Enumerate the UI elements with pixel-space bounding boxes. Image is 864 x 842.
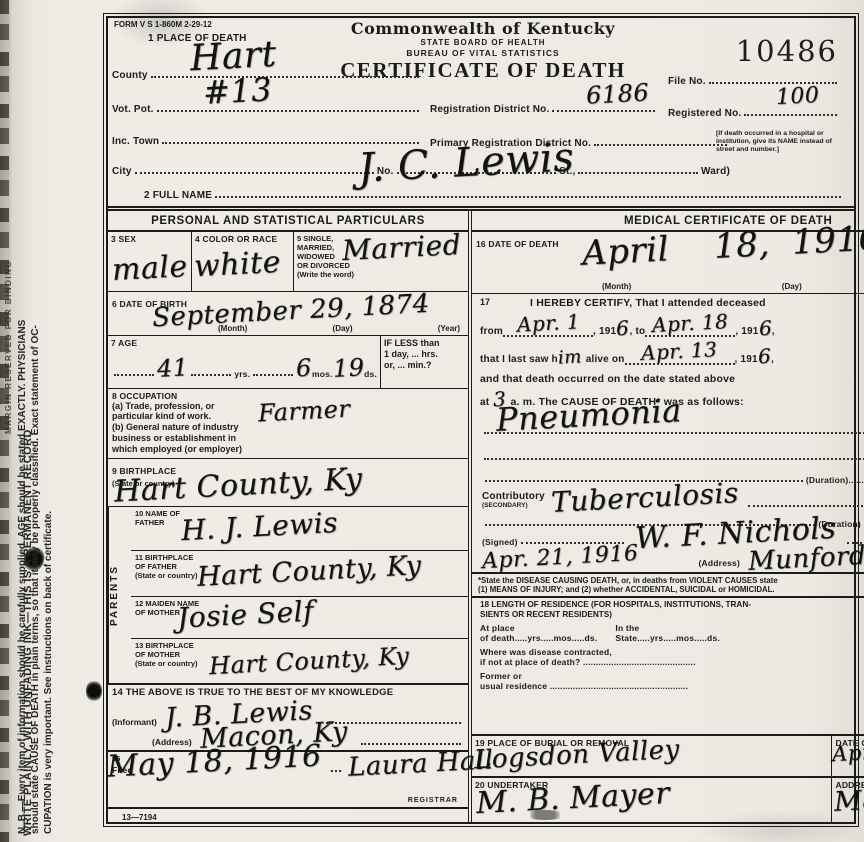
last-seen-date-handwriting: Apr. 13 xyxy=(641,341,718,362)
occupation-b-label: (b) General nature of industry business … xyxy=(112,422,464,454)
personal-section-title: PERSONAL AND STATISTICAL PARTICULARS xyxy=(108,211,468,232)
date-of-death-value-handwriting: April 18, 1916 xyxy=(581,224,864,268)
if-less-cell: IF LESS than 1 day, ... hrs. or, ... min… xyxy=(380,336,468,387)
filed-row: 15 Filed May 18, 1916 Laura Hall REGISTR… xyxy=(108,752,468,809)
signed-label: (Signed) xyxy=(482,537,518,547)
undertaker-address-cell: ADDRESS Macon, Ky xyxy=(832,778,864,822)
duration-units: ........yrs..........mos. xyxy=(848,475,864,485)
footnote-line1: *State the DISEASE CAUSING DEATH, or, in… xyxy=(478,576,864,585)
sex-cell: 3 SEX male xyxy=(108,232,192,291)
cause-of-death-handwriting: Pneumonia xyxy=(495,397,682,434)
to-year-handwriting: 6 xyxy=(758,320,772,338)
mos-label: mos. xyxy=(312,369,333,379)
margin-nb-line1: N. B.—Every item of information should b… xyxy=(16,320,29,834)
father-name-value-handwriting: H. J. Lewis xyxy=(180,511,338,543)
where-contracted-label: Where was disease contracted, if not at … xyxy=(480,647,864,667)
day-sublabel: (Day) xyxy=(333,324,353,333)
footnote-line2: (1) MEANS OF INJURY; and (2) whether ACC… xyxy=(478,585,864,594)
undertaker-cell: 20 UNDERTAKER M. B. Mayer xyxy=(472,778,832,822)
age-days-handwriting: 19 xyxy=(332,357,365,379)
commonwealth-title: Commonwealth of Kentucky xyxy=(318,19,648,38)
race-value-handwriting: white xyxy=(193,250,281,280)
footnote-block: *State the DISEASE CAUSING DEATH, or, in… xyxy=(472,572,864,599)
certify-number: 17 xyxy=(480,297,490,309)
form-number: FORM V S 1-860M 2-29-12 xyxy=(114,20,212,30)
certify-last-seen-line: that I last saw h im alive on Apr. 13 , … xyxy=(480,345,864,365)
sex-value-handwriting: male xyxy=(111,254,188,283)
dotted-line xyxy=(578,170,698,174)
year-prefix: , 191 xyxy=(735,354,758,365)
full-name-label: 2 FULL NAME xyxy=(144,190,212,201)
former-residence-label: Former or usual residence ..............… xyxy=(480,671,864,691)
father-birthplace-value-handwriting: Hart County, Ky xyxy=(197,555,422,590)
month-day-year-sublabels: (Month) (Day) (Year) xyxy=(218,324,460,333)
secondary-label: (SECONDARY) xyxy=(482,502,545,510)
registered-no-label: Registered No. xyxy=(668,108,741,119)
certify-heading: I HEREBY CERTIFY, That I attended deceas… xyxy=(530,297,766,309)
certificate-serial-number: 10486 xyxy=(736,34,838,68)
last-seen-year-handwriting: 6 xyxy=(757,348,771,366)
certify-from-line: from Apr. 1 , 191 6 , to Apr. 18 , 191 6… xyxy=(480,317,864,337)
ds-label: ds. xyxy=(364,369,377,379)
burial-place-cell: 19 PLACE OF BURIAL OR REMOVAL Logsdon Va… xyxy=(472,736,832,776)
mother-name-value-handwriting: Josie Self xyxy=(176,599,314,630)
registration-district-value-handwriting: 6186 xyxy=(586,82,650,106)
margin-note-nb: N. B.—Every item of information should b… xyxy=(16,320,55,834)
dotted-line xyxy=(748,503,864,507)
state-board-label: STATE BOARD OF HEALTH xyxy=(318,38,648,48)
scanned-death-certificate: MARGIN RESERVED FOR BINDING WRITE PLAINL… xyxy=(0,0,864,842)
to-label: , to xyxy=(630,326,646,337)
ward-label: Ward) xyxy=(701,166,730,177)
father-name-row: 10 NAME OF FATHER H. J. Lewis xyxy=(131,507,468,551)
dotted-line xyxy=(484,456,864,460)
registered-no-row: Registered No. xyxy=(668,108,840,119)
burial-date-cell: DATE OF BURIAL April 19, 1916 xyxy=(832,736,864,776)
birthplace-value-handwriting: Hart County, Ky xyxy=(114,466,364,504)
margin-nb-line3: CUPATION is very important. See instruct… xyxy=(42,320,55,834)
margin-nb-line2: should state CAUSE OF DEATH in plain ter… xyxy=(29,320,42,834)
race-cell: 4 COLOR OR RACE white xyxy=(192,232,294,291)
birthplace-row: 9 BIRTHPLACE (State or country) Hart Cou… xyxy=(108,459,468,507)
undertaker-address-handwriting: Macon, Ky xyxy=(834,784,864,815)
from-year-handwriting: 6 xyxy=(616,320,630,338)
marital-value-handwriting: Married xyxy=(341,233,461,263)
marital-cell: 5 SINGLE, MARRIED, WIDOWED OR DIVORCED (… xyxy=(294,232,468,291)
dotted-line xyxy=(361,741,461,745)
city-label: City xyxy=(112,166,132,177)
residence-block: 18 LENGTH OF RESIDENCE (FOR HOSPITALS, I… xyxy=(472,598,864,736)
year-prefix: , 191 xyxy=(593,326,616,337)
full-name-value-handwriting: J. C. Lewis xyxy=(357,140,575,185)
duration-label: (Duration) xyxy=(806,475,849,485)
age-label: 7 AGE xyxy=(111,338,377,348)
dotted-line xyxy=(135,170,374,174)
attended-to-handwriting: Apr. 18 xyxy=(652,313,729,334)
year-sublabel: (Year) xyxy=(438,324,460,333)
age-cell: 7 AGE 41 yrs. 6 mos. 19 ds. xyxy=(108,336,380,387)
registrar-label: REGISTRAR xyxy=(408,797,458,805)
occupation-value-handwriting: Farmer xyxy=(258,398,351,423)
undertaker-handwriting: M. B. Mayer xyxy=(475,781,670,817)
date-of-birth-row: 6 DATE OF BIRTH September 29, 1874 (Mont… xyxy=(108,292,468,336)
margin-note-binding: MARGIN RESERVED FOR BINDING xyxy=(4,260,13,434)
cause-of-death-block: Pneumonia (Duration) ........yrs........… xyxy=(472,408,864,572)
race-label: 4 COLOR OR RACE xyxy=(195,234,290,244)
dotted-line xyxy=(253,372,293,376)
print-code: 13—7194 xyxy=(108,809,468,822)
form-header: FORM V S 1-860M 2-29-12 1 PLACE OF DEATH… xyxy=(108,18,854,206)
mother-name-row: 12 MAIDEN NAME OF MOTHER Josie Self xyxy=(131,597,468,639)
full-name-row: 2 FULL NAME xyxy=(144,190,844,201)
attended-from-handwriting: Apr. 1 xyxy=(516,313,580,333)
dotted-line xyxy=(191,372,231,376)
dotted-line xyxy=(114,372,154,376)
mother-birthplace-row: 13 BIRTHPLACE OF MOTHER (State or countr… xyxy=(131,639,468,683)
in-the-state-label: In the State.....yrs.....mos.....ds. xyxy=(615,623,720,643)
date-of-death-label: 16 DATE OF DEATH xyxy=(476,239,559,249)
from-label: from xyxy=(480,326,503,337)
burial-date-handwriting: April 19, 1916 xyxy=(832,738,864,764)
sex-label: 3 SEX xyxy=(111,234,188,244)
filed-date-handwriting: May 18, 1916 xyxy=(106,744,322,781)
bureau-label: BUREAU OF VITAL STATISTICS xyxy=(318,48,648,58)
dotted-line xyxy=(162,140,419,144)
form-body: PERSONAL AND STATISTICAL PARTICULARS 3 S… xyxy=(108,206,854,822)
vot-pot-value-handwriting: #13 xyxy=(202,76,272,107)
address-label: (Address) xyxy=(699,558,740,568)
yrs-label: yrs. xyxy=(234,369,250,379)
dotted-line xyxy=(215,194,841,198)
signed-date-handwriting: Apr. 21, 1916 xyxy=(482,545,639,572)
residence-heading: 18 LENGTH OF RESIDENCE (FOR HOSPITALS, I… xyxy=(480,600,864,620)
medical-certificate-section: MEDICAL CERTIFICATE OF DEATH 16 DATE OF … xyxy=(472,211,864,822)
parents-vertical-label: PARENTS xyxy=(108,507,131,683)
father-birthplace-row: 11 BIRTHPLACE OF FATHER (State or countr… xyxy=(131,551,468,597)
vot-pot-label: Vot. Pot. xyxy=(112,104,154,115)
age-months-handwriting: 6 xyxy=(296,358,313,379)
parents-block: PARENTS 10 NAME OF FATHER H. J. Lewis 11… xyxy=(108,507,468,685)
alive-on-label: alive on xyxy=(586,354,625,365)
age-years-handwriting: 41 xyxy=(156,357,189,379)
at-label: at xyxy=(480,397,489,408)
day-sublabel: (Day) xyxy=(782,282,802,291)
dotted-line xyxy=(331,768,341,772)
dotted-line xyxy=(594,142,727,146)
dotted-line xyxy=(157,108,419,112)
date-of-death-row: 16 DATE OF DEATH April 18, 1916 (Month) … xyxy=(472,232,864,294)
month-sublabel: (Month) xyxy=(602,282,631,291)
informant-label: (Informant) xyxy=(112,717,157,727)
contributory-label: Contributory xyxy=(482,491,545,502)
month-day-year-sublabels: (Month) (Day) (Year) xyxy=(602,282,864,291)
dotted-line xyxy=(744,112,837,116)
occupation-row: 8 OCCUPATION (a) Trade, profession, or p… xyxy=(108,389,468,459)
age-row: 7 AGE 41 yrs. 6 mos. 19 ds. xyxy=(108,336,468,388)
death-occurred-line: and that death occurred on the date stat… xyxy=(480,373,864,385)
sex-race-marital-row: 3 SEX male 4 COLOR OR RACE white 5 SINGL… xyxy=(108,232,468,292)
him-handwriting: im xyxy=(557,349,582,366)
month-sublabel: (Month) xyxy=(218,324,247,333)
burial-row: 19 PLACE OF BURIAL OR REMOVAL Logsdon Va… xyxy=(472,736,864,778)
year-prefix: , 191 xyxy=(735,326,758,337)
burial-place-handwriting: Logsdon Valley xyxy=(474,739,681,772)
personal-particulars-section: PERSONAL AND STATISTICAL PARTICULARS 3 S… xyxy=(108,211,472,822)
undertaker-row: 20 UNDERTAKER M. B. Mayer ADDRESS Macon,… xyxy=(472,778,864,822)
hospital-note: [If death occurred in a hospital or inst… xyxy=(716,130,848,154)
certificate-form: FORM V S 1-860M 2-29-12 1 PLACE OF DEATH… xyxy=(106,16,856,824)
at-place-of-death-label: At place of death.....yrs.....mos.....ds… xyxy=(480,623,597,643)
ink-smudge xyxy=(86,680,102,702)
last-seen-label: that I last saw h xyxy=(480,354,558,365)
mother-birthplace-value-handwriting: Hart County, Ky xyxy=(209,646,410,677)
county-label: County xyxy=(112,70,148,81)
registered-no-value-handwriting: 100 xyxy=(776,87,820,108)
file-no-label: File No. xyxy=(668,76,706,87)
contributory-line: Contributory (SECONDARY) Tuberculosis xyxy=(482,491,864,510)
registration-district-label: Registration District No. xyxy=(430,104,549,115)
inc-town-label: Inc. Town xyxy=(112,136,159,147)
contributory-cause-handwriting: Tuberculosis xyxy=(550,481,739,515)
